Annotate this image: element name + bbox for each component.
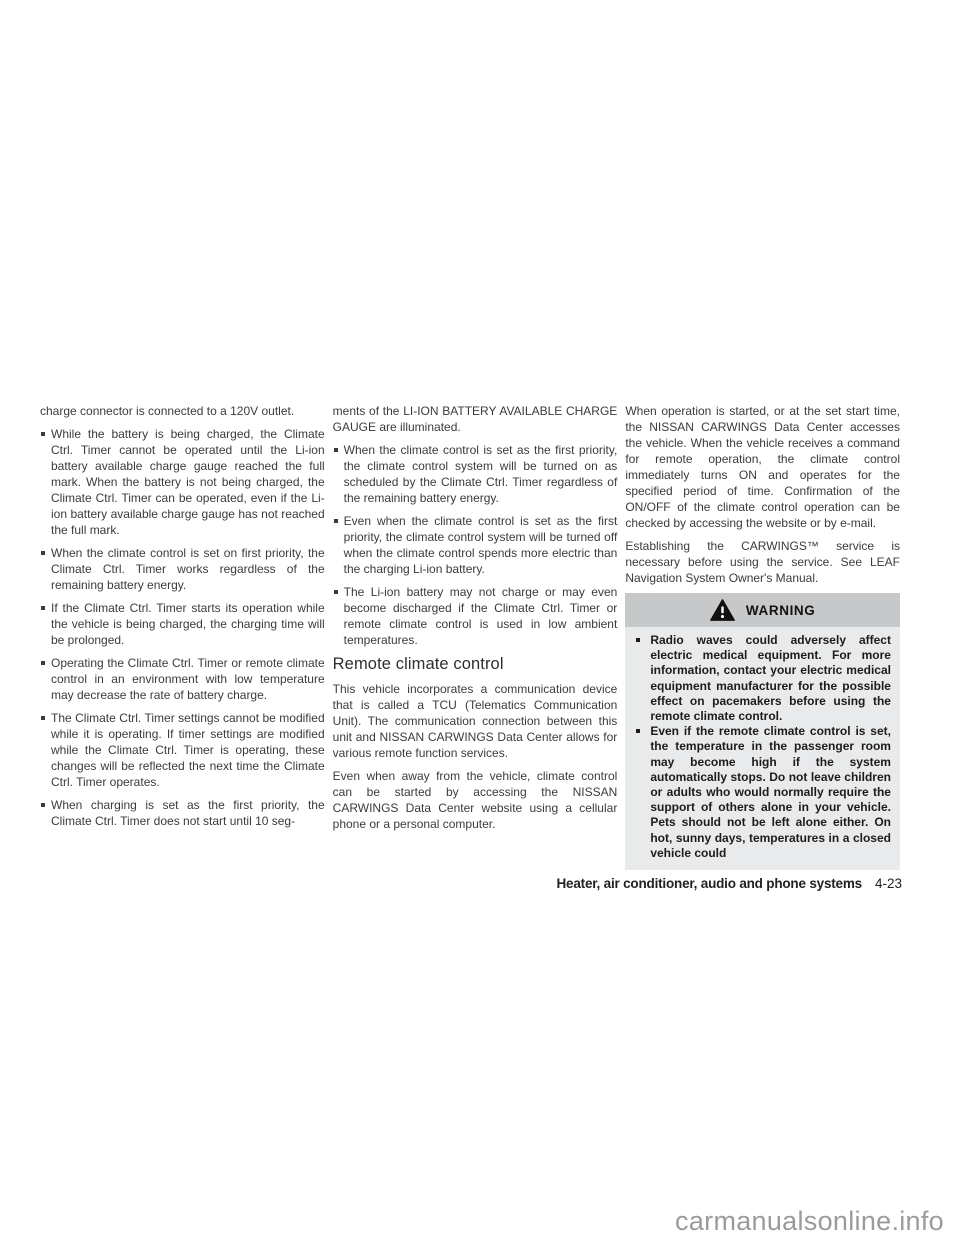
list-item: When the climate control is set as the f… (333, 442, 618, 506)
page-footer: Heater, air conditioner, audio and phone… (556, 876, 902, 891)
watermark: carmanualsonline.info (675, 1206, 944, 1237)
text-column-1: charge connector is connected to a 120V … (40, 403, 325, 870)
list-item: While the battery is being charged, the … (40, 426, 325, 538)
body-paragraph: This vehicle incorporates a communicatio… (333, 681, 618, 761)
body-paragraph: Even when away from the vehicle, climate… (333, 768, 618, 832)
section-heading: Remote climate control (333, 655, 618, 674)
body-paragraph: When operation is started, or at the set… (625, 403, 900, 531)
continued-paragraph: charge connector is connected to a 120V … (40, 403, 325, 419)
warning-triangle-icon (710, 599, 735, 621)
text-column-3: When operation is started, or at the set… (625, 403, 900, 870)
warning-list-item: Even if the remote climate control is se… (634, 724, 891, 861)
warning-title: WARNING (746, 603, 815, 618)
warning-header: WARNING (625, 593, 900, 627)
manual-page-content: charge connector is connected to a 120V … (40, 403, 900, 870)
list-item: The Climate Ctrl. Timer settings cannot … (40, 710, 325, 790)
body-paragraph: Establishing the CARWINGS™ service is ne… (625, 538, 900, 586)
text-column-2: ments of the LI-ION BATTERY AVAILABLE CH… (333, 403, 618, 870)
list-item: When the climate control is set on first… (40, 545, 325, 593)
warning-list-item: Radio waves could adversely affect elect… (634, 633, 891, 724)
footer-section-title: Heater, air conditioner, audio and phone… (556, 876, 861, 891)
list-item: Even when the climate control is set as … (333, 513, 618, 577)
list-item: When charging is set as the first priori… (40, 797, 325, 829)
warning-box: WARNING Radio waves could adversely affe… (625, 593, 900, 870)
footer-page-number: 4-23 (875, 876, 902, 891)
continued-paragraph: ments of the LI-ION BATTERY AVAILABLE CH… (333, 403, 618, 435)
list-item: The Li-ion battery may not charge or may… (333, 584, 618, 648)
list-item: Operating the Climate Ctrl. Timer or rem… (40, 655, 325, 703)
warning-body: Radio waves could adversely affect elect… (625, 627, 900, 870)
list-item: If the Climate Ctrl. Timer starts its op… (40, 600, 325, 648)
